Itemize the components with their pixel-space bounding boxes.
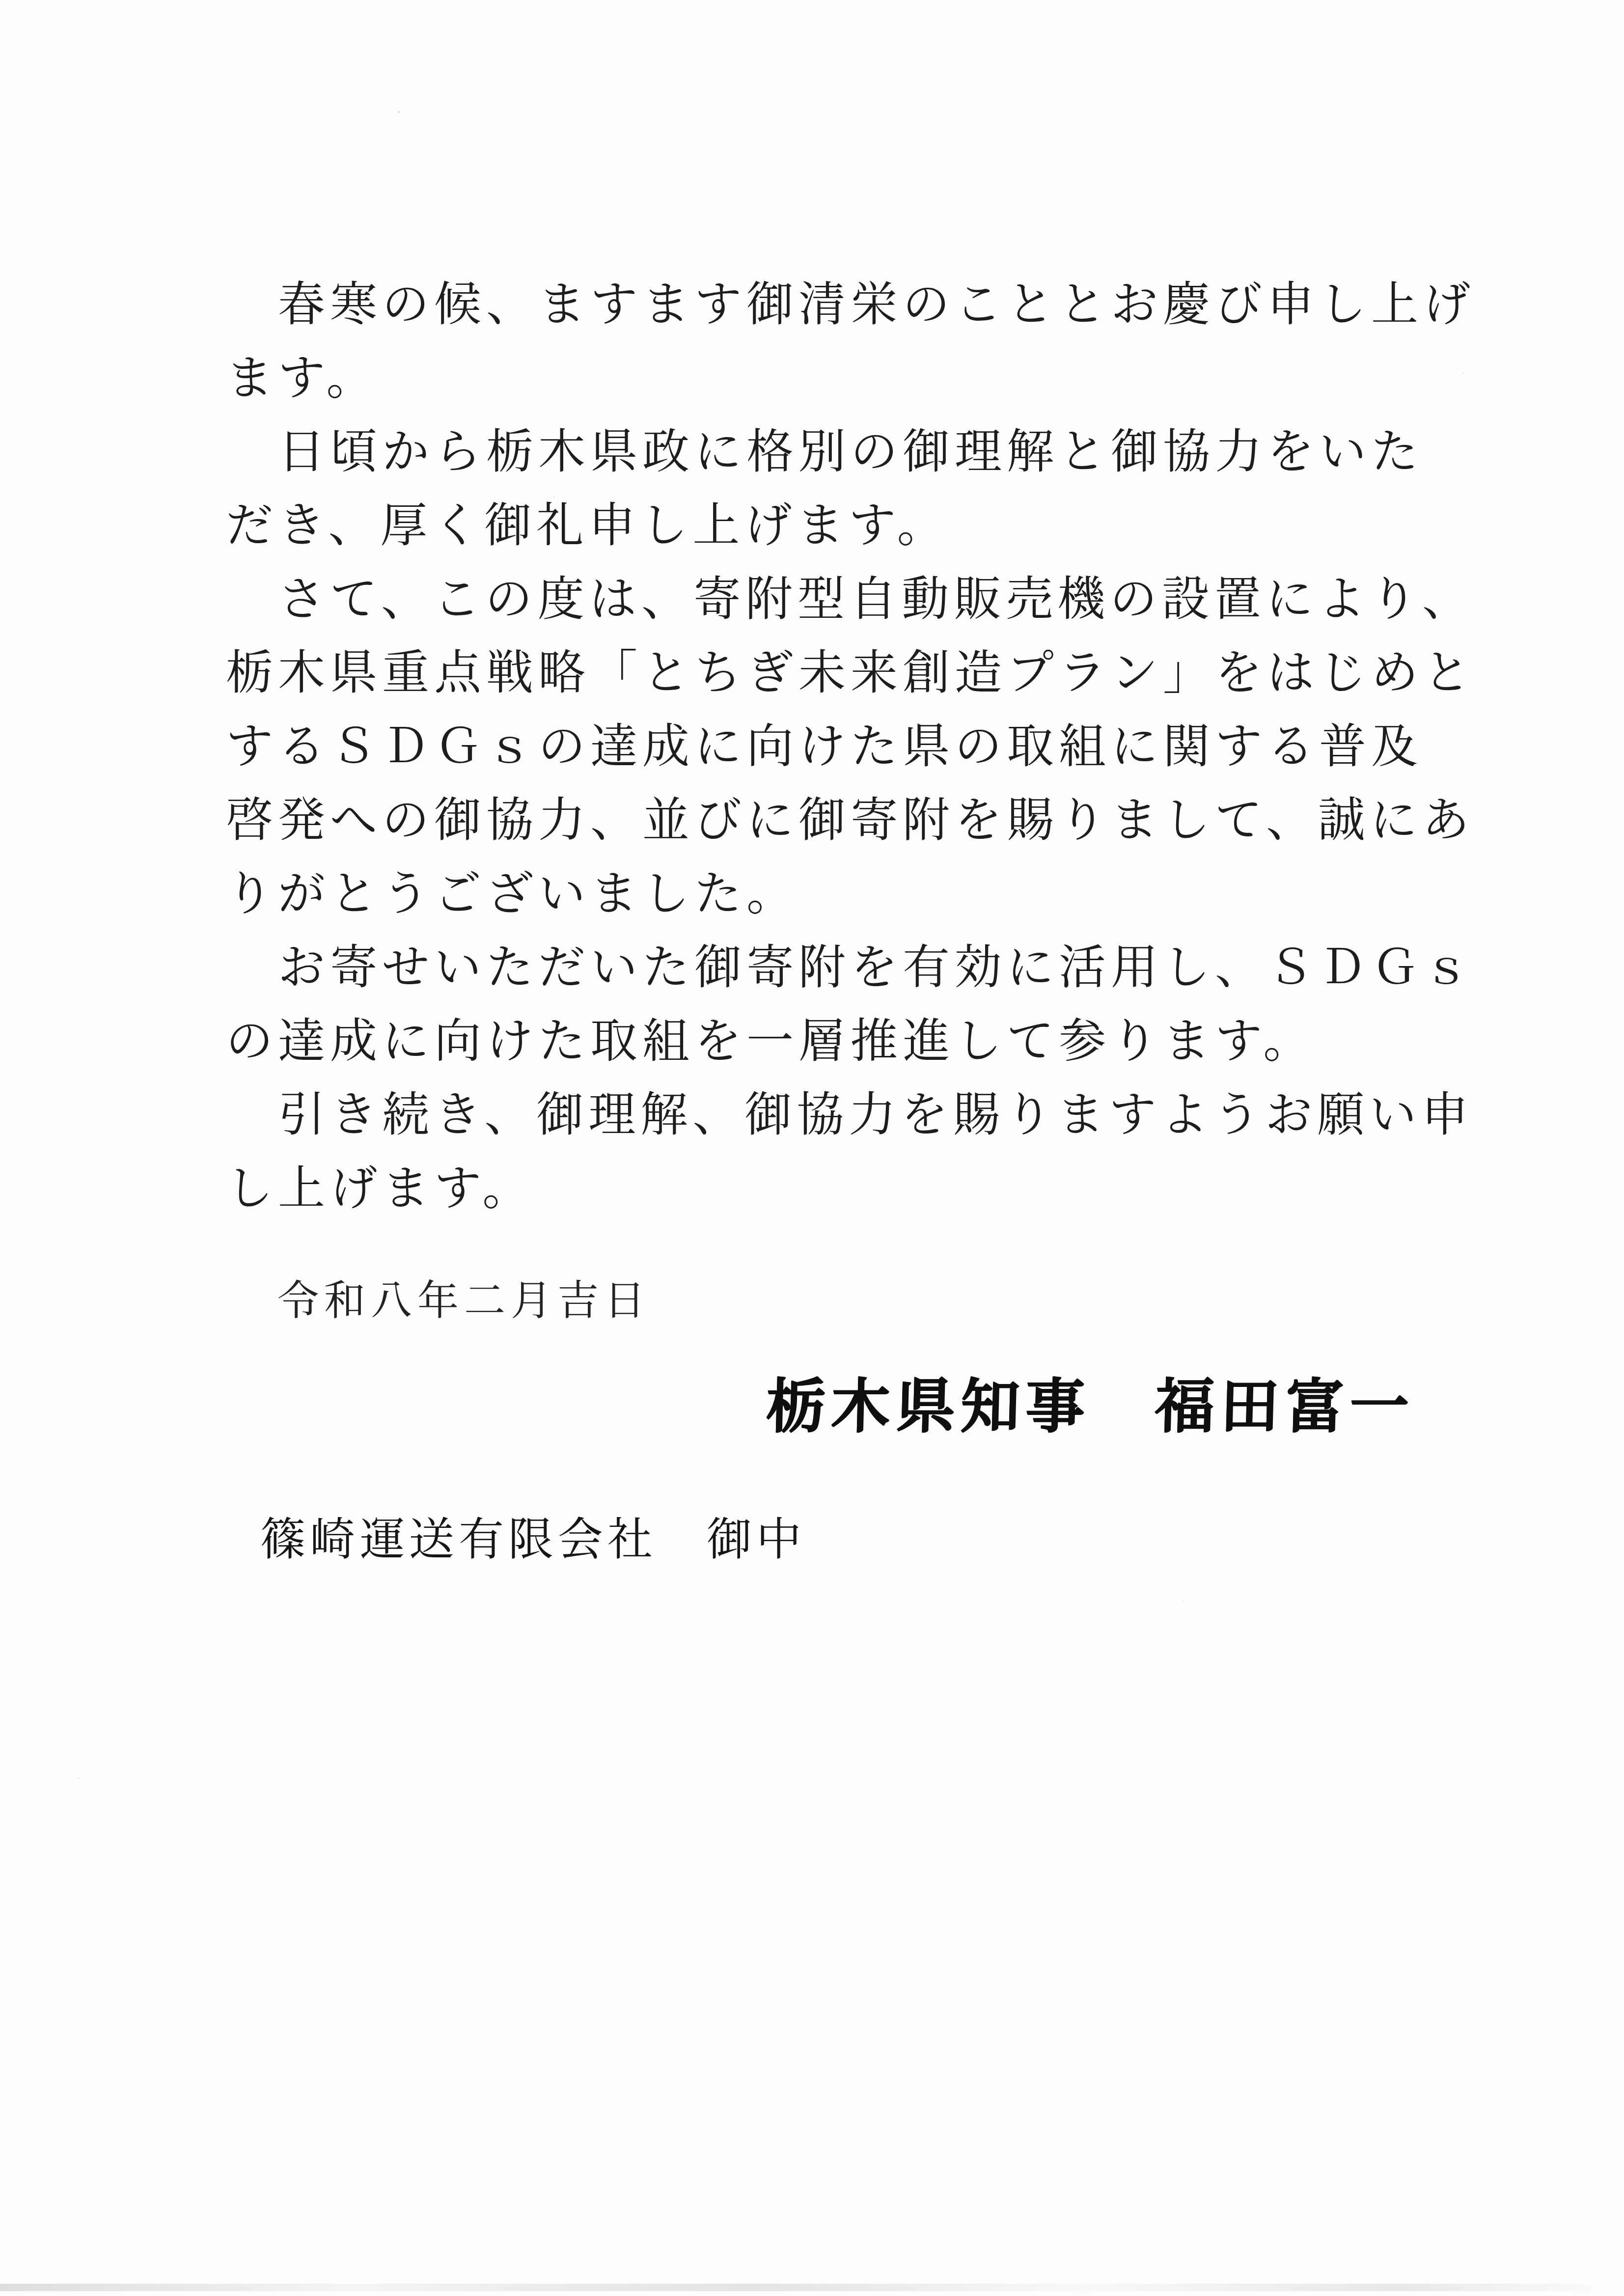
scan-artifact-band	[0, 2284, 1591, 2291]
sender-signature: 栃木県知事 福田富一	[765, 1360, 1416, 1454]
letter-line: 日頃から栃木県政に格別の御理解と御協力をいた	[226, 415, 1503, 489]
letter-line: 啓発への御協力、並びに御寄附を賜りまして、誠にあ	[226, 783, 1503, 857]
letter-line: お寄せいただいた御寄附を有効に活用し、ＳＤＧｓ	[226, 931, 1503, 1004]
letter-date: 令和八年二月吉日	[277, 1265, 651, 1338]
letter-line: ます。	[226, 341, 1503, 415]
letter-line: りがとうございました。	[226, 857, 1503, 931]
letter-line: だき、厚く御礼申し上げます。	[226, 489, 1503, 562]
letter-line: さて、この度は、寄附型自動販売機の設置により、	[226, 562, 1503, 636]
letter-body: 春寒の候、ますます御清栄のこととお慶び申し上げ ます。 日頃から栃木県政に格別の…	[226, 268, 1503, 1225]
recipient-name: 篠崎運送有限会社 御中	[260, 1503, 806, 1577]
letter-line: 春寒の候、ますます御清栄のこととお慶び申し上げ	[226, 268, 1503, 341]
letter-line: 引き続き、御理解、御協力を賜りますようお願い申	[226, 1078, 1503, 1152]
letter-line: するＳＤＧｓの達成に向けた県の取組に関する普及	[226, 710, 1503, 783]
letter-line: 栃木県重点戦略「とちぎ未来創造プラン」をはじめと	[226, 636, 1503, 710]
letter-line: し上げます。	[226, 1152, 1503, 1225]
letter-line: の達成に向けた取組を一層推進して参ります。	[226, 1004, 1503, 1078]
scanned-letter-page: 春寒の候、ますます御清栄のこととお慶び申し上げ ます。 日頃から栃木県政に格別の…	[0, 0, 1624, 2296]
